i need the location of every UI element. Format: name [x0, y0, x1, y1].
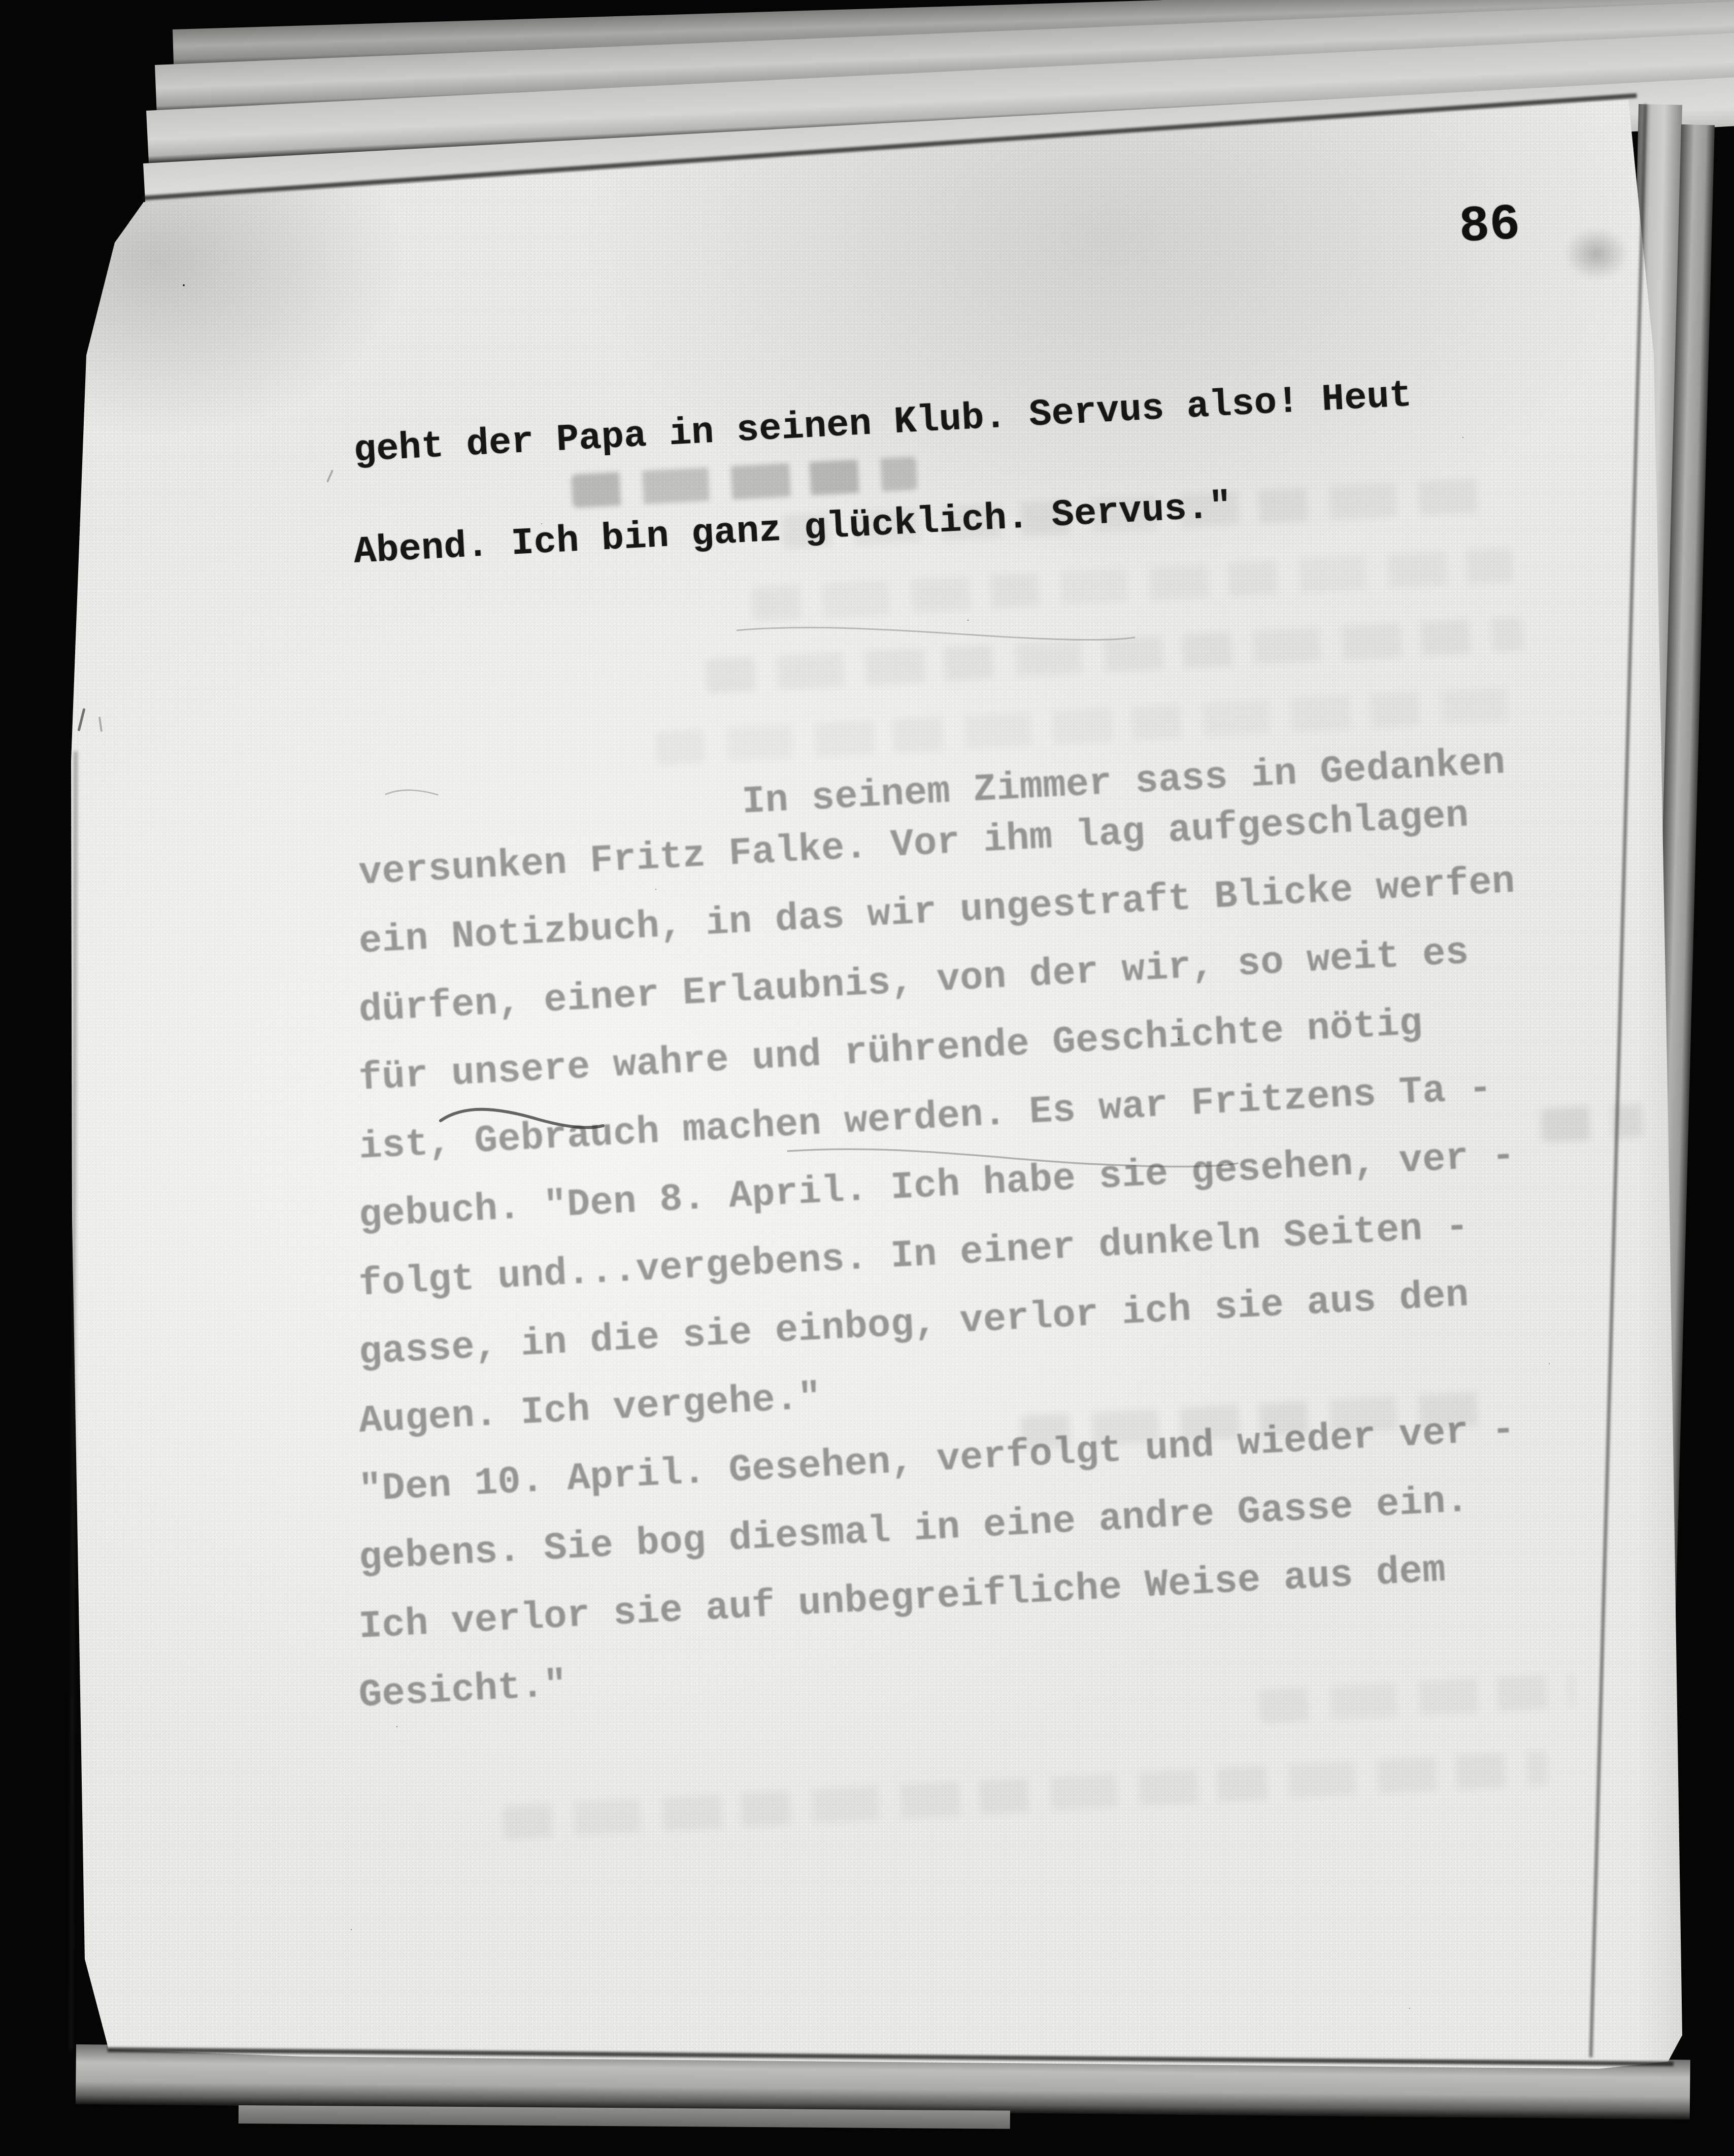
dust-specks: [183, 284, 185, 286]
scratch-marks: [0, 0, 1734, 2156]
photographed-typescript: { "document": { "page_number": "86", "he…: [0, 0, 1734, 2156]
manuscript-page: 86 geht der Papa in seinen Klub. Servus …: [0, 0, 1734, 2156]
